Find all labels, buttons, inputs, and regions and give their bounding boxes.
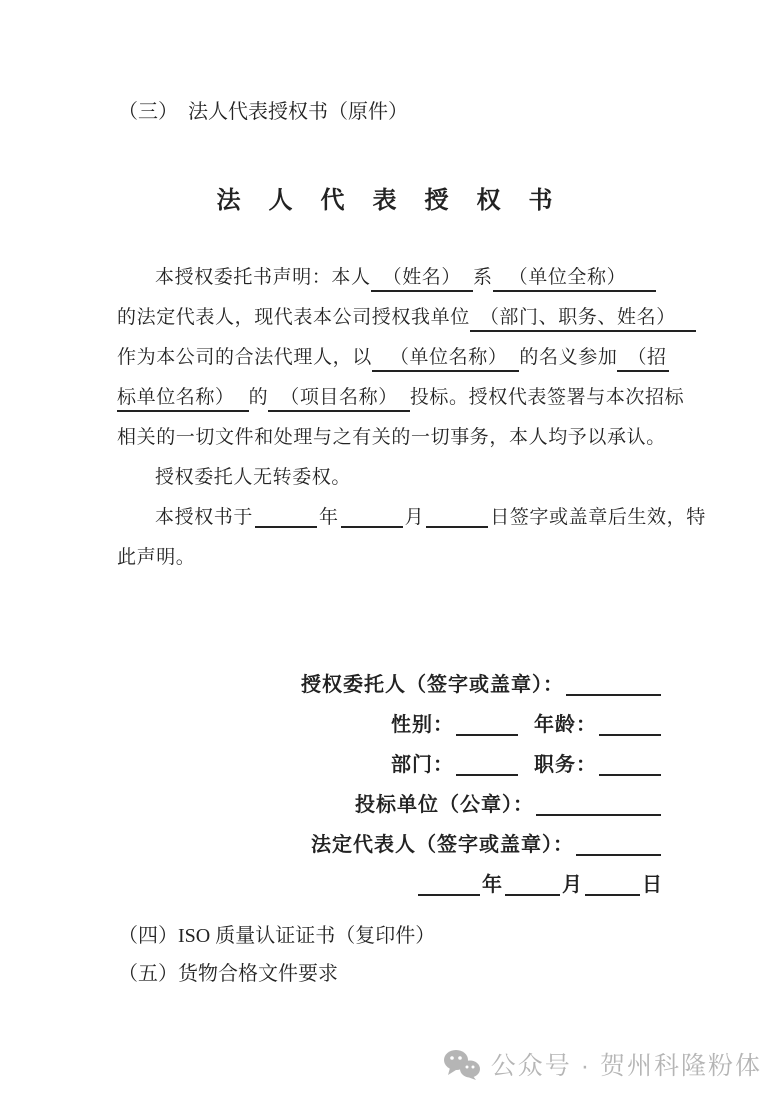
blank-day: [585, 874, 640, 896]
blank-position: [599, 754, 661, 776]
body-line-3: 作为本公司的合法代理人，以（单位名称）的名义参加（招: [117, 338, 663, 378]
blank-gender: [456, 714, 518, 736]
fill-in-company-full-name: （单位全称）: [493, 266, 657, 292]
body-line-2: 的法定代表人，现代表本公司授权我单位（部门、职务、姓名）: [117, 298, 663, 338]
body-text-segment: 系: [473, 267, 493, 288]
body-text-segment: 年: [319, 507, 339, 528]
body-text: 本授权委托书声明：本人（姓名）系（单位全称） 的法定代表人，现代表本公司授权我单…: [117, 258, 663, 578]
fill-in-dept-title-name: （部门、职务、姓名）: [470, 306, 696, 332]
fill-in-company-name: （单位名称）: [372, 346, 520, 372]
body-text-segment: 投标。授权代表签署与本次招标: [410, 387, 684, 408]
blank-month-field: [341, 506, 403, 528]
age-label: 年龄：: [534, 714, 597, 736]
legal-rep-label: 法定代表人（签字或盖章）：: [311, 834, 574, 856]
signature-legal-rep-line: 法定代表人（签字或盖章）：: [301, 825, 663, 865]
gender-label: 性别：: [391, 714, 454, 736]
body-text-segment: 日签字或盖章后生效，特: [490, 507, 706, 528]
signature-authorizer-line: 授权委托人（签字或盖章）：: [301, 665, 663, 705]
document-page: （三） 法人代表授权书（原件） 法 人 代 表 授 权 书 本授权委托书声明：本…: [0, 0, 780, 1102]
signature-gender-age-line: 性别：年龄：: [301, 705, 663, 745]
authorizer-label: 授权委托人（签字或盖章）：: [301, 674, 564, 696]
body-line-5: 相关的一切文件和处理与之有关的一切事务，本人均予以承认。: [117, 418, 663, 458]
day-label: 日: [642, 874, 663, 896]
fill-in-tender-unit-start: （招: [617, 346, 668, 372]
blank-authorizer-signature: [566, 674, 661, 696]
body-text-segment: 的: [249, 387, 269, 408]
body-line-7: 本授权书于年月日签字或盖章后生效，特: [117, 498, 663, 538]
blank-year: [418, 874, 480, 896]
body-text-segment: 本授权委托书声明：本人: [155, 267, 371, 288]
bidder-label: 投标单位（公章）：: [355, 794, 534, 816]
month-label: 月: [562, 874, 583, 896]
body-line-1: 本授权委托书声明：本人（姓名）系（单位全称）: [117, 258, 663, 298]
signature-block: 授权委托人（签字或盖章）： 性别：年龄： 部门：职务： 投标单位（公章）： 法定…: [301, 665, 663, 905]
section-heading-4: （四）ISO 质量认证证书（复印件）: [118, 922, 435, 950]
blank-year-field: [255, 506, 317, 528]
body-text-segment: 作为本公司的合法代理人，以: [117, 347, 372, 368]
fill-in-tender-unit-end: 标单位名称）: [117, 386, 249, 412]
section-heading-5: （五）货物合格文件要求: [118, 960, 338, 988]
blank-department: [456, 754, 518, 776]
blank-legal-rep-signature: [576, 834, 661, 856]
body-text-segment: 的法定代表人，现代表本公司授权我单位: [117, 307, 470, 328]
signature-bidder-line: 投标单位（公章）：: [301, 785, 663, 825]
signature-date-line: 年月日: [301, 865, 663, 905]
fill-in-name: （姓名）: [371, 266, 473, 292]
body-line-4: 标单位名称）的（项目名称）投标。授权代表签署与本次招标: [117, 378, 663, 418]
document-title: 法 人 代 表 授 权 书: [0, 180, 780, 215]
body-line-8: 此声明。: [117, 538, 663, 578]
blank-age: [599, 714, 661, 736]
body-text-segment: 月: [405, 507, 425, 528]
body-text-segment: 的名义参加: [519, 347, 617, 368]
year-label: 年: [482, 874, 503, 896]
watermark-text: 公众号 · 贺州科隆粉体: [491, 1046, 762, 1082]
section-heading-3: （三） 法人代表授权书（原件）: [118, 98, 408, 126]
department-label: 部门：: [391, 754, 454, 776]
position-label: 职务：: [534, 754, 597, 776]
wechat-icon: [443, 1049, 481, 1080]
fill-in-project-name: （项目名称）: [268, 386, 410, 412]
body-text-segment: 本授权书于: [155, 507, 253, 528]
body-line-6: 授权委托人无转委权。: [117, 458, 663, 498]
blank-bidder-seal: [536, 794, 661, 816]
signature-dept-position-line: 部门：职务：: [301, 745, 663, 785]
blank-month: [505, 874, 560, 896]
blank-day-field: [426, 506, 488, 528]
watermark: 公众号 · 贺州科隆粉体: [443, 1046, 762, 1082]
